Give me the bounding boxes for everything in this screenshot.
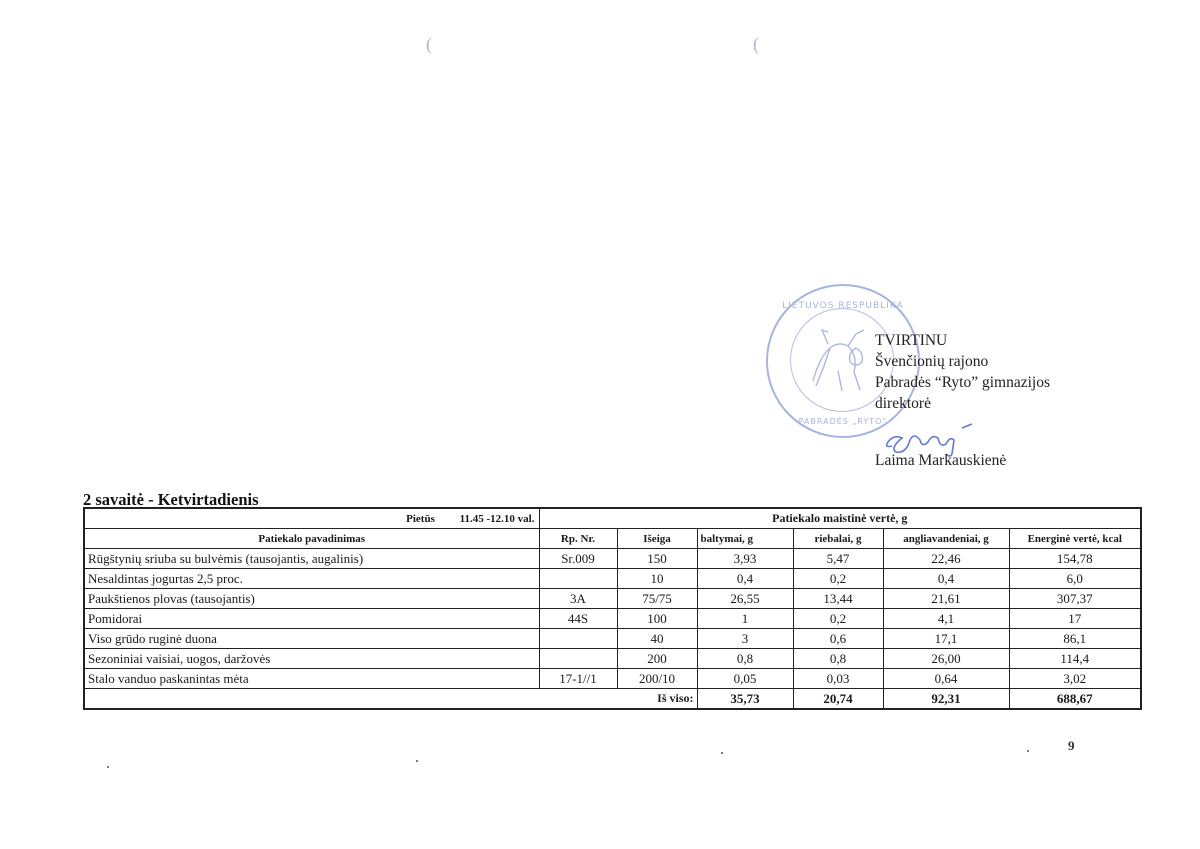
table-row: Nesaldintas jogurtas 2,5 proc.100,40,20,… (84, 569, 1141, 589)
totals-row: Iš viso: 35,73 20,74 92,31 688,67 (84, 689, 1141, 710)
cell-protein: 0,4 (697, 569, 793, 589)
cell-energy: 17 (1009, 609, 1141, 629)
table-body: Rūgštynių sriuba su bulvėmis (tausojanti… (84, 549, 1141, 689)
cell-name: Nesaldintas jogurtas 2,5 proc. (84, 569, 539, 589)
column-header-yield: Išeiga (617, 529, 697, 549)
cell-carbs: 22,46 (883, 549, 1009, 569)
cell-energy: 6,0 (1009, 569, 1141, 589)
cell-rp (539, 629, 617, 649)
cell-yield: 40 (617, 629, 697, 649)
cell-rp: 17-1//1 (539, 669, 617, 689)
cell-yield: 100 (617, 609, 697, 629)
svg-text:PABRADĖS „RYTO“: PABRADĖS „RYTO“ (799, 416, 888, 426)
cell-fat: 5,47 (793, 549, 883, 569)
table-row: Sezoniniai vaisiai, uogos, daržovės2000,… (84, 649, 1141, 669)
cell-rp (539, 649, 617, 669)
cell-rp: 44S (539, 609, 617, 629)
cell-protein: 3,93 (697, 549, 793, 569)
cell-yield: 200/10 (617, 669, 697, 689)
table-row: Stalo vanduo paskanintas mėta17-1//1200/… (84, 669, 1141, 689)
cell-protein: 26,55 (697, 589, 793, 609)
table-row: Viso grūdo ruginė duona4030,617,186,1 (84, 629, 1141, 649)
nutrition-header: Patiekalo maistinė vertė, g (539, 508, 1141, 529)
approval-block: TVIRTINU Švenčionių rajono Pabradės “Ryt… (875, 330, 1050, 414)
scan-artifact (1027, 750, 1029, 752)
cell-energy: 154,78 (1009, 549, 1141, 569)
cell-energy: 114,4 (1009, 649, 1141, 669)
scan-artifact (721, 752, 723, 754)
signer-name: Laima Markauskienė (875, 452, 1006, 470)
cell-name: Paukštienos plovas (tausojantis) (84, 589, 539, 609)
cell-protein: 3 (697, 629, 793, 649)
cell-rp: 3A (539, 589, 617, 609)
cell-energy: 86,1 (1009, 629, 1141, 649)
column-header-energy: Energinė vertė, kcal (1009, 529, 1141, 549)
approval-line: Pabradės “Ryto” gimnazijos (875, 372, 1050, 393)
meal-time: 11.45 -12.10 val. (460, 513, 535, 525)
cell-carbs: 26,00 (883, 649, 1009, 669)
cell-fat: 0,6 (793, 629, 883, 649)
table-row: Rūgštynių sriuba su bulvėmis (tausojanti… (84, 549, 1141, 569)
total-energy: 688,67 (1009, 689, 1141, 710)
column-header-name: Patiekalo pavadinimas (84, 529, 539, 549)
cell-yield: 150 (617, 549, 697, 569)
cell-rp (539, 569, 617, 589)
approval-line: TVIRTINU (875, 330, 1050, 351)
cell-energy: 3,02 (1009, 669, 1141, 689)
table-row: Pomidorai44S10010,24,117 (84, 609, 1141, 629)
cell-protein: 1 (697, 609, 793, 629)
scan-artifact (107, 766, 109, 768)
scan-artifact (416, 760, 418, 762)
table-header-row: Pietūs 11.45 -12.10 val. Patiekalo maist… (84, 508, 1141, 529)
column-header-fat: riebalai, g (793, 529, 883, 549)
cell-name: Sezoniniai vaisiai, uogos, daržovės (84, 649, 539, 669)
cell-yield: 75/75 (617, 589, 697, 609)
meal-header: Pietūs 11.45 -12.10 val. (84, 508, 539, 529)
table-row: Paukštienos plovas (tausojantis)3A75/752… (84, 589, 1141, 609)
cell-yield: 10 (617, 569, 697, 589)
cell-fat: 0,03 (793, 669, 883, 689)
cell-carbs: 17,1 (883, 629, 1009, 649)
approval-line: Švenčionių rajono (875, 351, 1050, 372)
cell-fat: 0,2 (793, 569, 883, 589)
total-protein: 35,73 (697, 689, 793, 710)
column-header-rp: Rp. Nr. (539, 529, 617, 549)
cell-protein: 0,05 (697, 669, 793, 689)
cell-fat: 0,2 (793, 609, 883, 629)
cell-carbs: 0,64 (883, 669, 1009, 689)
cell-name: Viso grūdo ruginė duona (84, 629, 539, 649)
nutrition-table: Pietūs 11.45 -12.10 val. Patiekalo maist… (83, 507, 1142, 710)
column-header-carbs: angliavandeniai, g (883, 529, 1009, 549)
table-column-header-row: Patiekalo pavadinimas Rp. Nr. Išeiga bal… (84, 529, 1141, 549)
cell-name: Rūgštynių sriuba su bulvėmis (tausojanti… (84, 549, 539, 569)
approval-line: direktorė (875, 393, 1050, 414)
cell-name: Pomidorai (84, 609, 539, 629)
page-number: 9 (1068, 738, 1075, 754)
cell-rp: Sr.009 (539, 549, 617, 569)
scan-artifact: ( (753, 34, 759, 55)
cell-carbs: 0,4 (883, 569, 1009, 589)
cell-fat: 0,8 (793, 649, 883, 669)
cell-fat: 13,44 (793, 589, 883, 609)
column-header-protein: baltymai, g (697, 529, 793, 549)
total-fat: 20,74 (793, 689, 883, 710)
cell-protein: 0,8 (697, 649, 793, 669)
cell-yield: 200 (617, 649, 697, 669)
scan-artifact: ( (426, 34, 432, 55)
cell-energy: 307,37 (1009, 589, 1141, 609)
cell-name: Stalo vanduo paskanintas mėta (84, 669, 539, 689)
total-carbs: 92,31 (883, 689, 1009, 710)
meal-label: Pietūs (406, 513, 435, 525)
cell-carbs: 4,1 (883, 609, 1009, 629)
svg-text:LIETUVOS RESPUBLIKA: LIETUVOS RESPUBLIKA (782, 301, 904, 311)
cell-carbs: 21,61 (883, 589, 1009, 609)
totals-label: Iš viso: (84, 689, 697, 710)
